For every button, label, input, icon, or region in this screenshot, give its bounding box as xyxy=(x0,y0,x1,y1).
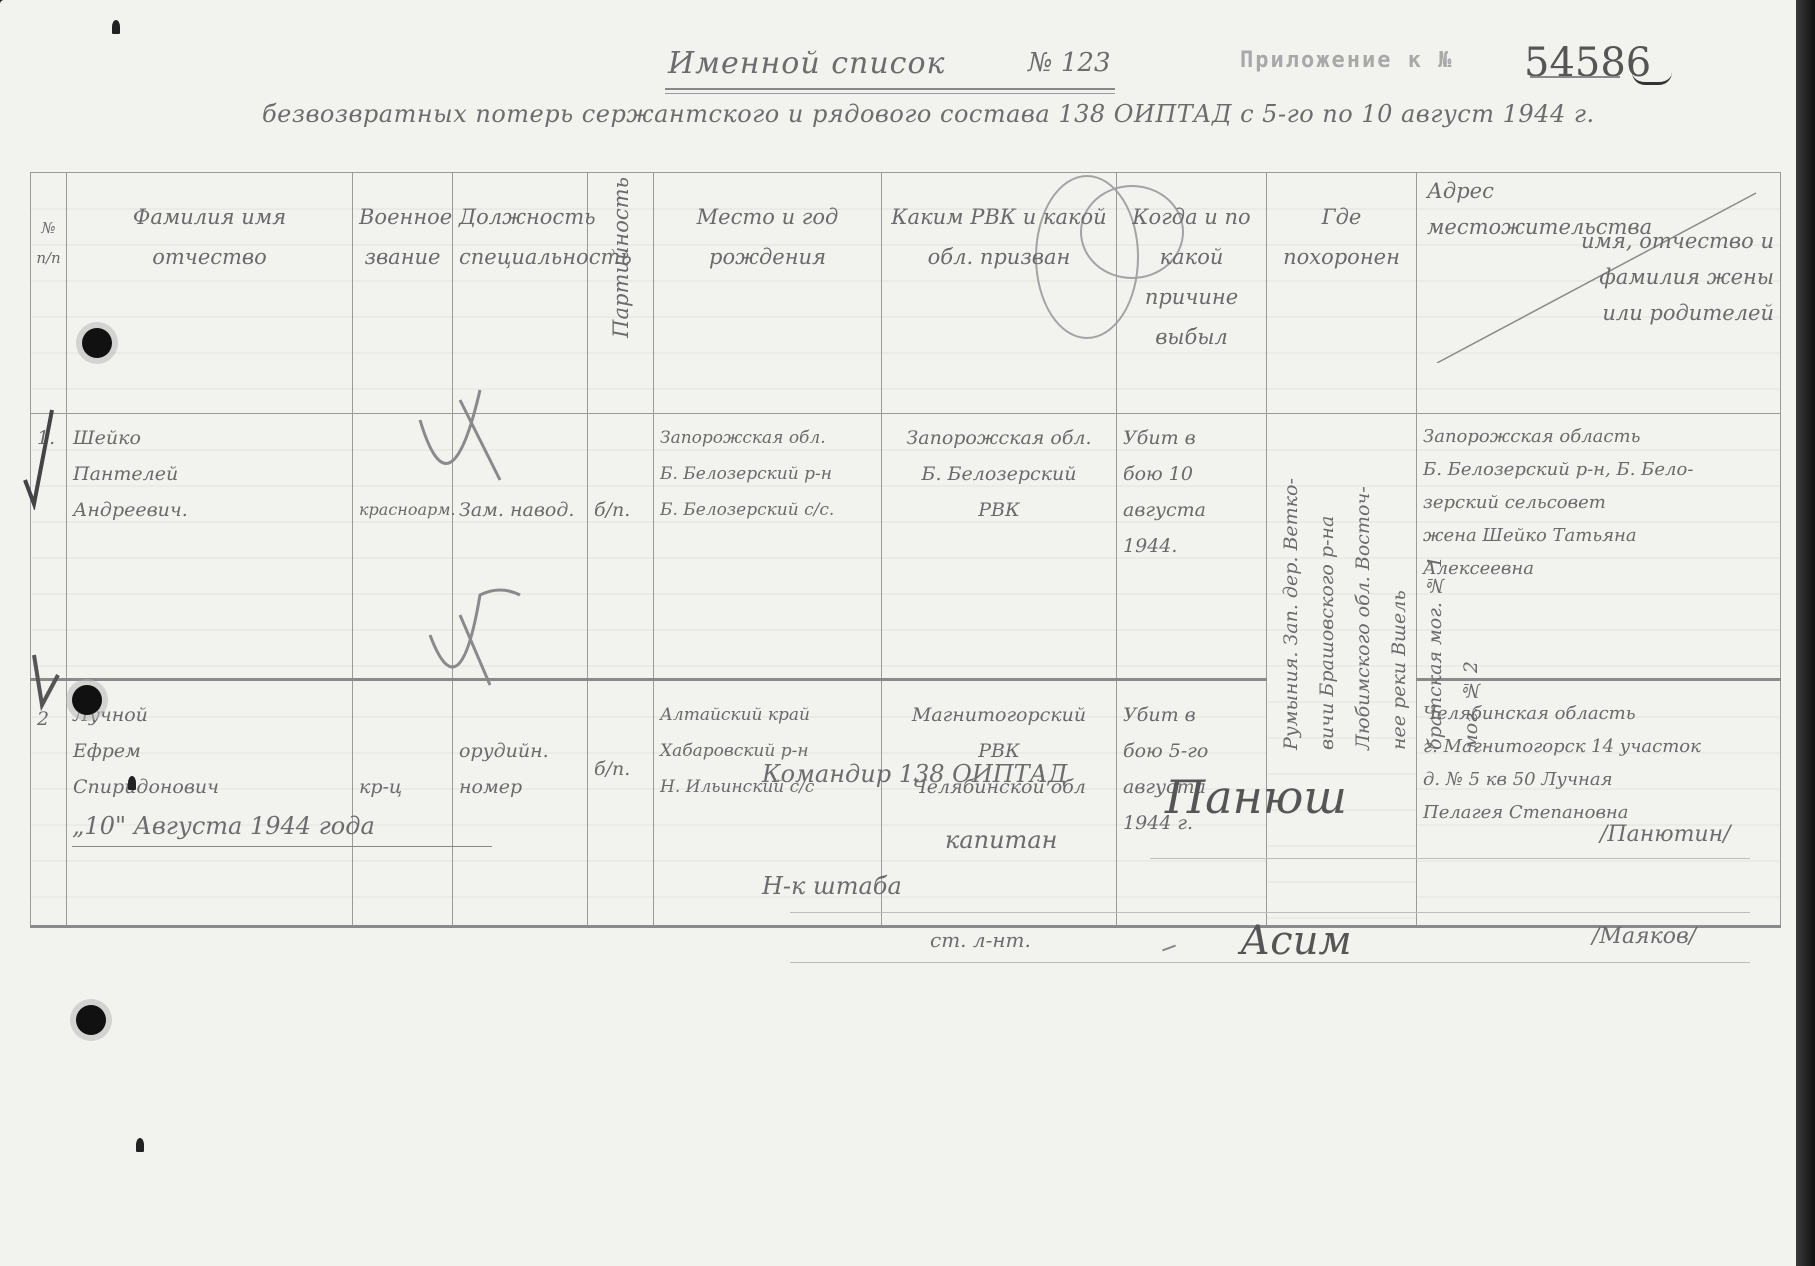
col-header-position: Должность специальность xyxy=(453,173,588,414)
table-header-row: № п/п Фамилия имя отчество Военное звани… xyxy=(31,173,1781,414)
cell-birth: Запорожская обл. Б. Белозерский р-н Б. Б… xyxy=(654,414,882,680)
cell-rank: кр-ц xyxy=(353,680,453,927)
signature-line xyxy=(1150,858,1750,859)
col-header-buried: Где похоронен xyxy=(1267,173,1417,414)
col-header-rvk: Каким РВК и какой обл. призван xyxy=(882,173,1117,414)
checkmark-icon xyxy=(20,400,60,510)
scan-edge xyxy=(1796,0,1815,1266)
cell-name: Лучной Ефрем Спиридонович xyxy=(67,680,353,927)
ink-mark xyxy=(128,776,136,790)
stamp-underline xyxy=(1530,76,1620,78)
cross-check-mark-icon xyxy=(410,380,520,490)
chief-of-staff-signature: Асим xyxy=(1240,918,1352,964)
cell-position: орудийн. номер xyxy=(453,680,588,927)
punch-hole xyxy=(76,1005,106,1035)
col-header-num: № п/п xyxy=(31,173,67,414)
cell-party: б/п. xyxy=(588,414,654,680)
chief-of-staff-rank: ст. л-нт. xyxy=(930,928,1031,952)
dash xyxy=(1162,945,1176,952)
signature-line xyxy=(790,912,1750,913)
stamp-number: 54586 xyxy=(1524,40,1651,86)
cross-check-mark-icon xyxy=(420,585,530,695)
punch-hole xyxy=(72,685,102,715)
cell-name: Шейко Пантелей Андреевич. xyxy=(67,414,353,680)
col-header-birth: Место и год рождения xyxy=(654,173,882,414)
col-header-name: Фамилия имя отчество xyxy=(67,173,353,414)
list-number: № 123 xyxy=(1028,48,1111,78)
document-subtitle: безвозвратных потерь сержантского и рядо… xyxy=(262,100,1595,128)
checkmark-icon xyxy=(28,635,68,725)
document-date: „10" Августа 1944 года xyxy=(72,812,375,840)
title-underline xyxy=(665,88,1115,90)
table-row: 2 Лучной Ефрем Спиридонович кр-ц орудийн… xyxy=(31,680,1781,927)
commander-signature: Панюш xyxy=(1165,770,1347,824)
table-row: 1. Шейко Пантелей Андреевич. красноарм. … xyxy=(31,414,1781,680)
commander-rank: капитан xyxy=(945,826,1057,854)
col-header-address: Адрес местожительства имя, отчество и фа… xyxy=(1417,173,1781,414)
cell-rvk: Запорожская обл. Б. Белозерский РВК xyxy=(882,414,1117,680)
ink-mark xyxy=(1632,72,1672,85)
cell-rvk: Магнитогорский РВК Челябинской обл xyxy=(882,680,1117,927)
commander-title: Командир 138 ОИПТАД xyxy=(762,760,1067,788)
ink-mark xyxy=(136,1138,144,1152)
commander-name: /Панютин/ xyxy=(1600,822,1731,847)
col-header-address-b: имя, отчество и фамилия жены или родител… xyxy=(1564,223,1774,331)
document-page: Именной список № 123 Приложение к № 5458… xyxy=(0,0,1796,1266)
cell-party: б/п. xyxy=(588,680,654,927)
col-header-rank: Военное звание xyxy=(353,173,453,414)
signature-line xyxy=(790,962,1750,963)
chief-of-staff-name: /Маяков/ xyxy=(1592,924,1696,949)
title-underline-double xyxy=(665,93,1115,94)
cell-when: Убит в бою 10 августа 1944. xyxy=(1117,414,1267,680)
chief-of-staff-title: Н-к штаба xyxy=(762,872,902,900)
col-header-when: Когда и по какой причине выбыл xyxy=(1117,173,1267,414)
cell-buried: Румыния. Зап. дер. Ветко- вичи Брашовско… xyxy=(1267,414,1417,927)
document-title: Именной список xyxy=(668,46,945,81)
ink-mark xyxy=(112,20,120,34)
col-header-party: Партийность xyxy=(588,173,654,414)
date-underline xyxy=(72,846,492,847)
col-header-address-a: Адрес местожительства xyxy=(1427,173,1557,245)
archive-stamp: Приложение к № xyxy=(1240,48,1453,73)
punch-hole xyxy=(82,328,112,358)
